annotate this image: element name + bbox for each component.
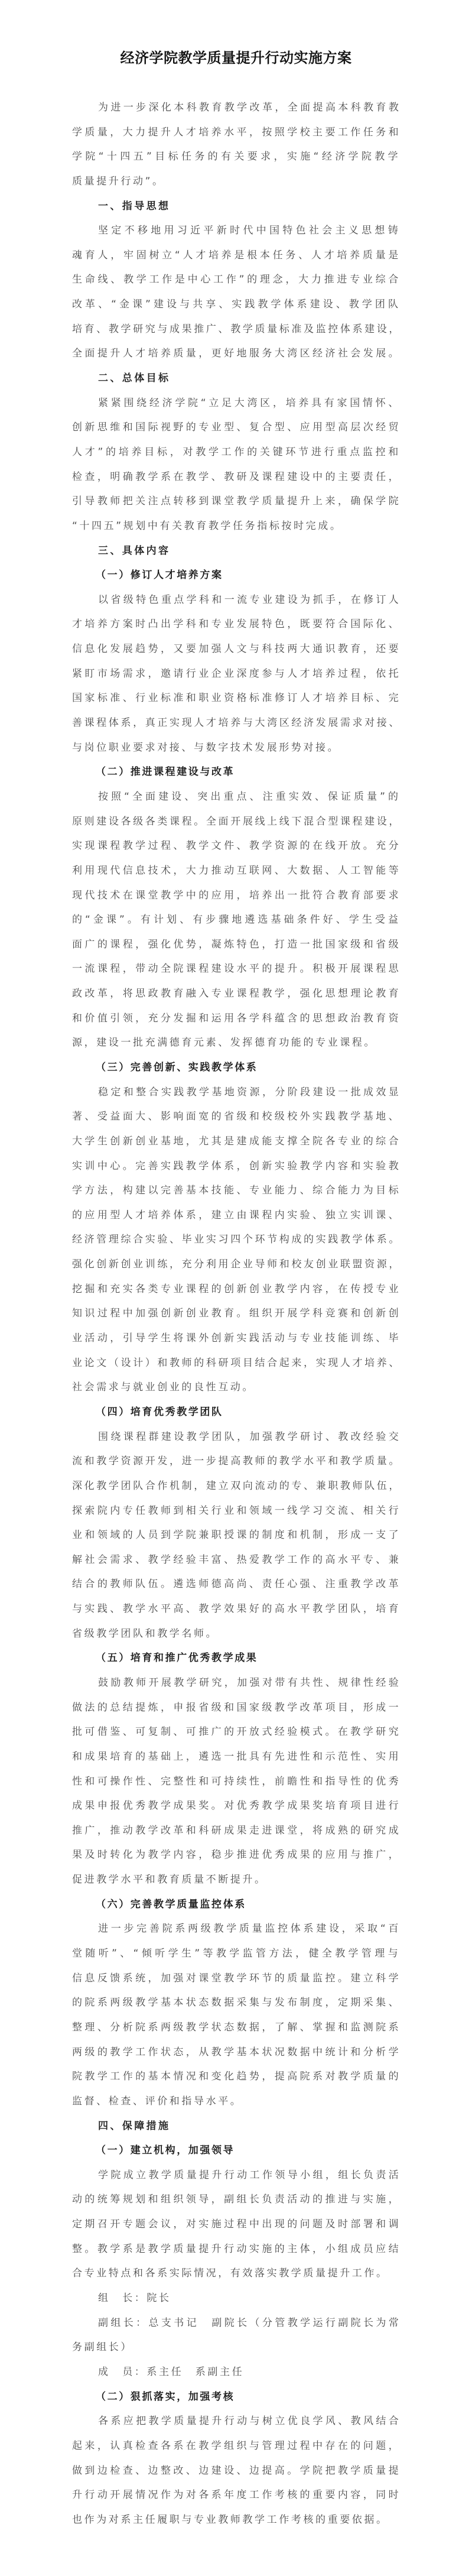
paragraph-first-line: 进一步完善院系两级教学质量监控体系建设，采取“百	[72, 1917, 401, 1942]
paragraph-line: 才培养方案时凸出学科和专业发展特色，既要符合国际化、	[72, 612, 401, 637]
paragraph-line: 改革、“金课”建设与共享、实践教学体系建设、教学团队	[72, 293, 401, 317]
paragraph-line: 信息化发展趋势，又要加强人文与科技两大通识教育，还要	[72, 637, 401, 662]
document-body: 为进一步深化本科教育教学改革，全面提高本科教育教学质量，大力提升人才培养水平，按…	[72, 96, 401, 2532]
paragraph-line: 实现课程教学过程、教学文件、教学资源的在线开放。充分	[72, 834, 401, 859]
paragraph-line: 现代技术在课堂教学中的应用，培养出一批符合教育部要求	[72, 884, 401, 909]
paragraph-first-line: 鼓励教师开展教学研究，加强对带有共性、规律性经验	[72, 1671, 401, 1696]
paragraph-line: 推广，推动教学改革和科研成果走进课堂，将成熟的研究成	[72, 1819, 401, 1844]
section-heading: 一、指导思想	[72, 194, 401, 219]
paragraph-line: 业论文（设计）和教师的科研项目结合起来，实现人才培养、	[72, 1351, 401, 1376]
paragraph-line: 探索院内专任教师到相关行业和领域一线学习交流、相关行	[72, 1499, 401, 1524]
paragraph-last-line: 源，建设一批充满德育元素、发挥德育功能的专业课程。	[72, 1031, 401, 1056]
paragraph-line: 信息反馈系统，加强对课堂教学环节的质量监控。建立科学	[72, 1967, 401, 1991]
paragraph-line: 学方法，构建以完善基本技能、专业能力、综合能力为目标	[72, 1179, 401, 1203]
paragraph-line: 实训中心。完善实践教学体系，创新实验教学内容和实验教	[72, 1154, 401, 1179]
subsection-heading: （六）完善教学质量监控体系	[72, 1893, 401, 1918]
paragraph-line: 面广的课程，强化优势，凝炼特色，打造一批国家级和省级	[72, 933, 401, 958]
list-line: 成 员：系主任 系副主任	[72, 2360, 401, 2385]
paragraph-line: 定期召开专题会议，对实施过程中出现的问题及时部署和调	[72, 2212, 401, 2237]
paragraph-line: 政改革，将思政教育融入专业课程教学，强化思想理论教育	[72, 982, 401, 1007]
paragraph-line: 整。教学系是教学质量提升行动实施的主体，小组成员应结	[72, 2237, 401, 2262]
paragraph-line: 生命线、教学工作是中心工作”的理念，大力推进专业综合	[72, 268, 401, 293]
paragraph-line: 果及时转化为教学内容，稳步推进优秀成果的应用与推广，	[72, 1843, 401, 1868]
paragraph-last-line: 也作为对系主任履职与专业教师教学工作考核的重要依据。	[72, 2508, 401, 2533]
subsection-heading: （一）建立机构，加强领导	[72, 2139, 401, 2163]
paragraph-line: 升行动开展情况作为对各系年度工作考核的重要内容，同时	[72, 2483, 401, 2508]
paragraph-last-line: 务副组长）	[72, 2335, 401, 2360]
paragraph-line: 解社会需求、教学经验丰富、热爱教学工作的高水平专、兼	[72, 1548, 401, 1573]
paragraph-line: 做到边检查、边整改、边建设、边提高。学院把教学质量提	[72, 2459, 401, 2484]
paragraph-first-line: 学院成立教学质量提升行动工作领导小组，组长负责活	[72, 2163, 401, 2188]
section-heading: 三、具体内容	[72, 539, 401, 564]
paragraph-line: 深化教学团队合作机制，建立双向流动的专、兼职教师队伍，	[72, 1474, 401, 1499]
paragraph-line: 学质量，大力提升人才培养水平，按照学校主要工作任务和	[72, 121, 401, 145]
paragraph-line: 全面提升人才培养质量，更好地服务大湾区经济社会发展。	[72, 342, 401, 366]
paragraph-line: 原则建设各级各类课程。全面开展线上线下混合型课程建设，	[72, 810, 401, 835]
paragraph-line: 的应用型人才培养体系，建立由课程内实验、独立实训课、	[72, 1203, 401, 1228]
paragraph-first-line: 围绕课程群建设教学团队，加强教学研讨、教改经验交	[72, 1425, 401, 1450]
document-title: 经济学院教学质量提升行动实施方案	[0, 47, 472, 69]
subsection-heading: （二）狠抓落实，加强考核	[72, 2385, 401, 2410]
paragraph-first-line: 以省级特色重点学科和一流专业建设为抓手，在修订人	[72, 588, 401, 613]
paragraph-last-line: 与岗位职业要求对接、与数字技术发展形势对接。	[72, 736, 401, 761]
paragraph-line: 和成果培育的基础上，遴选一批具有先进性和示范性、实用	[72, 1745, 401, 1770]
paragraph-first-line: 紧紧围绕经济学院“立足大湾区，培养具有家国情怀、	[72, 391, 401, 416]
paragraph-last-line: “十四五”规划中有关教育教学任务指标按时完成。	[72, 514, 401, 539]
section-heading: 四、保障措施	[72, 2114, 401, 2139]
subsection-heading: （三）完善创新、实践教学体系	[72, 1056, 401, 1081]
paragraph-line: 做法的总结提炼，申报省级和国家级教学改革项目，形成一	[72, 1696, 401, 1721]
paragraph-last-line: 社会需求与就业创业的良性互动。	[72, 1375, 401, 1400]
paragraph-line: 挖掘和充实各类专业课程的创新创业教学内容，在传授专业	[72, 1277, 401, 1302]
paragraph-first-line: 坚定不移地用习近平新时代中国特色社会主义思想铸	[72, 219, 401, 244]
paragraph-line: 人才”的培养目标，对教学工作的关键环节进行重点监控和	[72, 440, 401, 465]
subsection-heading: （四）培育优秀教学团队	[72, 1400, 401, 1425]
paragraph-line: 紧盯市场需求，邀请行业企业深度参与人才培养过程，依托	[72, 662, 401, 687]
paragraph-line: 与实践、教学水平高、教学效果好的高水平教学团队，培育	[72, 1597, 401, 1622]
paragraph-first-line: 各系应把教学质量提升行动与树立优良学风、教风结合	[72, 2409, 401, 2434]
subsection-heading: （二）推进课程建设与改革	[72, 760, 401, 785]
section-heading: 二、总体目标	[72, 366, 401, 391]
paragraph-line: 检查，明确教学系在教学、教研及课程建设中的主要责任，	[72, 465, 401, 490]
paragraph-line: 起来，认真检查各系在教学组织与管理过程中存在的问题，	[72, 2434, 401, 2459]
document-page: 经济学院教学质量提升行动实施方案 为进一步深化本科教育教学改革，全面提高本科教育…	[0, 0, 472, 2576]
paragraph-first-line: 稳定和整合实践教学基地资源，分阶段建设一批成效显	[72, 1081, 401, 1105]
paragraph-line: 一流课程，带动全院课程建设水平的提升。积极开展课程思	[72, 957, 401, 982]
paragraph-line: 知识过程中加强创新创业教育。组织开展学科竞赛和创新创	[72, 1302, 401, 1326]
paragraph-line: 著、受益面大、影响面宽的省级和校级校外实践教学基地、	[72, 1105, 401, 1130]
paragraph-line: 善课程体系，真正实现人才培养与大湾区经济发展需求对接、	[72, 711, 401, 736]
paragraph-line: 成果申报优秀教学成果奖。对优秀教学成果奖培育项目进行	[72, 1794, 401, 1819]
paragraph-line: 业和领域的人员到学院兼职授课的制度和机制，形成一支了	[72, 1523, 401, 1548]
paragraph-last-line: 合专业特点和各系实际情况，有效落实教学质量提升工作。	[72, 2262, 401, 2286]
paragraph-line: 批可借鉴、可复制、可推广的开放式经验模式。在教学研究	[72, 1720, 401, 1745]
paragraph-line: 引导教师把关注点转移到课堂教学质量提升上来，确保学院	[72, 489, 401, 514]
paragraph-line: 两级的教学工作状态，从教学基本状况数据中统计和分析学	[72, 2040, 401, 2065]
paragraph-line: 培育、教学研究与成果推广、教学质量标准及监控体系建设，	[72, 317, 401, 342]
paragraph-line: 创新思维和国际视野的专业型、复合型、应用型高层次经贸	[72, 416, 401, 440]
paragraph-line: 和价值引领，充分发掘和运用各学科蕴含的思想政治教育资	[72, 1007, 401, 1031]
paragraph-last-line: 省级教学团队和教学名师。	[72, 1622, 401, 1647]
paragraph-line: 业活动，引导学生将课外创新实践活动与专业技能训练、毕	[72, 1326, 401, 1351]
paragraph-line: 强化创新创业训练，充分利用企业导师和校友创业联盟资源，	[72, 1253, 401, 1277]
paragraph-line: 国家标准、行业标准和职业资格标准修订人才培养目标、完	[72, 686, 401, 711]
paragraph-first-line: 副组长：总支书记 副院长（分管教学运行副院长为常	[72, 2311, 401, 2336]
paragraph-line: 的“金课”。有计划、有步骤地遴选基础条件好、学生受益	[72, 908, 401, 933]
paragraph-first-line: 按照“全面建设、突出重点、注重实效、保证质量”的	[72, 785, 401, 810]
paragraph-line: 学院“十四五”目标任务的有关要求，实施“经济学院教学	[72, 145, 401, 170]
paragraph-first-line: 为进一步深化本科教育教学改革，全面提高本科教育教	[72, 96, 401, 121]
paragraph-line: 魂育人，牢固树立“人才培养是根本任务、人才培养质量是	[72, 244, 401, 268]
paragraph-line: 院教学工作的基本情况和变化趋势，提高院系对教学质量的	[72, 2065, 401, 2090]
paragraph-line: 动的统筹规划和组织领导，副组长负责活动的推进与实施，	[72, 2188, 401, 2212]
paragraph-line: 结合的教师队伍。遴选师德高尚、责任心强、注重教学改革	[72, 1572, 401, 1597]
subsection-heading: （五）培育和推广优秀教学成果	[72, 1646, 401, 1671]
paragraph-last-line: 促进教学水平和教育质量不断提升。	[72, 1868, 401, 1893]
paragraph-line: 大学生创新创业基地，尤其是建成能支撑全院各专业的综合	[72, 1130, 401, 1154]
paragraph-last-line: 质量提升行动”。	[72, 170, 401, 194]
subsection-heading: （一）修订人才培养方案	[72, 563, 401, 588]
paragraph-line: 流和教学资源开发，进一步提高教师的教学水平和教学质量。	[72, 1449, 401, 1474]
paragraph-last-line: 监督、检查、评价和指导水平。	[72, 2090, 401, 2114]
list-line: 组 长：院长	[72, 2286, 401, 2311]
paragraph-line: 经济管理综合实验、毕业实习四个环节构成的实践教学体系。	[72, 1228, 401, 1253]
paragraph-line: 利用现代信息技术，大力推动互联网、大数据、人工智能等	[72, 859, 401, 884]
paragraph-line: 的院系两级教学基本状态数据采集与发布制度，定期采集、	[72, 1991, 401, 2016]
paragraph-line: 整理、分析院系两级教学状态数据，了解、掌握和监测院系	[72, 2016, 401, 2040]
paragraph-line: 性和可操作性、完整性和可持续性，前瞻性和指导性的优秀	[72, 1770, 401, 1795]
paragraph-line: 堂随听”、“倾听学生”等教学监管方法，健全教学管理与	[72, 1942, 401, 1967]
